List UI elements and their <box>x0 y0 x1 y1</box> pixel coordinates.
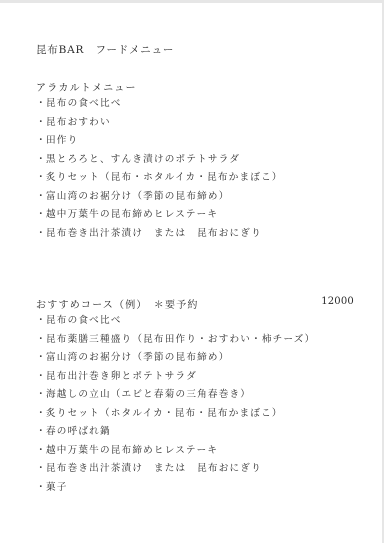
list-item: ・春の呼ばれ鍋 <box>36 423 315 442</box>
bullet: ・ <box>36 225 46 244</box>
a-la-carte-heading: アラカルトメニュー <box>36 79 137 94</box>
bullet: ・ <box>36 460 46 479</box>
bullet: ・ <box>36 95 46 114</box>
list-item: ・昆布の食べ比べ <box>36 312 315 331</box>
bullet: ・ <box>36 114 46 133</box>
item-text: 昆布巻き出汁茶漬け または 昆布おにぎり <box>46 228 262 239</box>
list-item: ・菓子 <box>36 479 315 498</box>
item-text: 富山湾のお裾分け（季節の昆布締め） <box>46 191 230 202</box>
item-text: 田作り <box>46 135 78 146</box>
item-text: 越中万葉牛の昆布締めヒレステーキ <box>46 209 218 220</box>
menu-page: 昆布BAR フードメニュー アラカルトメニュー ・昆布の食べ比べ ・昆布おすわい… <box>0 3 382 543</box>
item-text: 炙りセット（昆布・ホタルイカ・昆布かまぼこ） <box>46 172 283 183</box>
bullet: ・ <box>36 405 46 424</box>
item-text: 昆布巻き出汁茶漬け または 昆布おにぎり <box>46 463 262 474</box>
item-text: 昆布の食べ比べ <box>46 98 122 109</box>
course-list: ・昆布の食べ比べ ・昆布薬膳三種盛り（昆布田作り・おすわい・柿チーズ） ・富山湾… <box>36 312 315 497</box>
list-item: ・昆布おすわい <box>36 114 283 133</box>
bullet: ・ <box>36 423 46 442</box>
bullet: ・ <box>36 331 46 350</box>
page-title: 昆布BAR フードメニュー <box>36 42 174 57</box>
list-item: ・炙りセット（昆布・ホタルイカ・昆布かまぼこ） <box>36 169 283 188</box>
item-text: 越中万葉牛の昆布締めヒレステーキ <box>46 445 218 456</box>
item-text: 海越しの立山（エビと春菊の三角春巻き） <box>46 389 251 400</box>
bullet: ・ <box>36 368 46 387</box>
item-text: 春の呼ばれ鍋 <box>46 426 111 437</box>
course-price: 12000 <box>321 296 354 307</box>
item-text: 昆布薬膳三種盛り（昆布田作り・おすわい・柿チーズ） <box>46 334 315 345</box>
list-item: ・炙りセット（ホタルイカ・昆布・昆布かまぼこ） <box>36 405 315 424</box>
list-item: ・昆布巻き出汁茶漬け または 昆布おにぎり <box>36 460 315 479</box>
bullet: ・ <box>36 132 46 151</box>
item-text: 昆布の食べ比べ <box>46 315 122 326</box>
bullet: ・ <box>36 442 46 461</box>
bullet: ・ <box>36 349 46 368</box>
course-heading: おすすめコース（例） ＊要予約 <box>36 296 199 311</box>
a-la-carte-list: ・昆布の食べ比べ ・昆布おすわい ・田作り ・黒とろろと、すんき漬けのポテトサラ… <box>36 95 283 243</box>
list-item: ・富山湾のお裾分け（季節の昆布締め） <box>36 349 315 368</box>
bullet: ・ <box>36 188 46 207</box>
item-text: 菓子 <box>46 482 68 493</box>
item-text: 富山湾のお裾分け（季節の昆布締め） <box>46 352 230 363</box>
item-text: 黒とろろと、すんき漬けのポテトサラダ <box>46 154 240 165</box>
list-item: ・越中万葉牛の昆布締めヒレステーキ <box>36 206 283 225</box>
list-item: ・昆布の食べ比べ <box>36 95 283 114</box>
list-item: ・黒とろろと、すんき漬けのポテトサラダ <box>36 151 283 170</box>
item-text: 炙りセット（ホタルイカ・昆布・昆布かまぼこ） <box>46 408 283 419</box>
list-item: ・昆布巻き出汁茶漬け または 昆布おにぎり <box>36 225 283 244</box>
bullet: ・ <box>36 206 46 225</box>
list-item: ・海越しの立山（エビと春菊の三角春巻き） <box>36 386 315 405</box>
item-text: 昆布出汁巻き卵とポテトサラダ <box>46 371 197 382</box>
item-text: 昆布おすわい <box>46 117 111 128</box>
list-item: ・昆布出汁巻き卵とポテトサラダ <box>36 368 315 387</box>
list-item: ・富山湾のお裾分け（季節の昆布締め） <box>36 188 283 207</box>
list-item: ・田作り <box>36 132 283 151</box>
bullet: ・ <box>36 479 46 498</box>
bullet: ・ <box>36 169 46 188</box>
bullet: ・ <box>36 151 46 170</box>
list-item: ・越中万葉牛の昆布締めヒレステーキ <box>36 442 315 461</box>
list-item: ・昆布薬膳三種盛り（昆布田作り・おすわい・柿チーズ） <box>36 331 315 350</box>
bullet: ・ <box>36 312 46 331</box>
bullet: ・ <box>36 386 46 405</box>
